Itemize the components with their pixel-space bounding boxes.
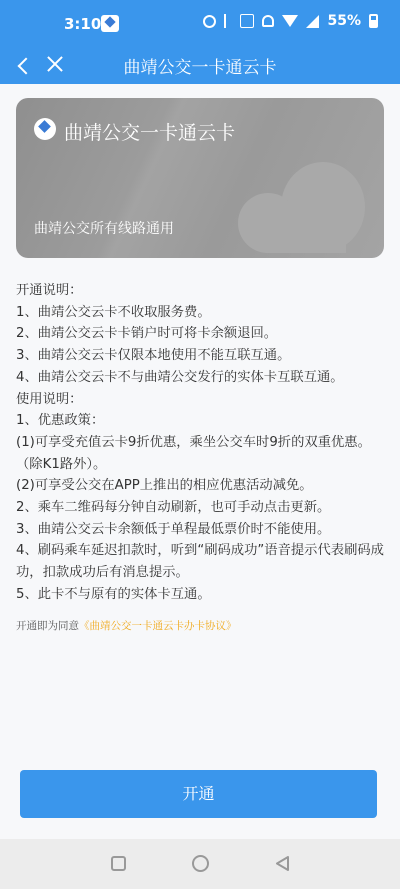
- open-button[interactable]: 开通: [20, 770, 377, 818]
- agreement-text: 开通即为同意《曲靖公交一卡通云卡办卡协议》: [16, 618, 237, 633]
- card-subtitle: 曲靖公交所有线路通用: [34, 218, 174, 238]
- use-item: 2、乘车二维码每分钟自动刷新，也可手动点击更新。: [16, 497, 388, 519]
- open-item: 2、曲靖公交云卡卡销户时可将卡余额退回。: [16, 323, 388, 345]
- status-icons: 55%: [203, 13, 378, 29]
- card-name: 曲靖公交一卡通云卡: [64, 118, 235, 145]
- use-item: 5、此卡不与原有的实体卡互通。: [16, 584, 388, 606]
- app-notification-icon: [101, 15, 119, 32]
- wifi-icon: [282, 15, 298, 27]
- agreement-prefix: 开通即为同意: [16, 620, 79, 632]
- open-item: 3、曲靖公交云卡仅限本地使用不能互联互通。: [16, 345, 388, 367]
- battery-icon: [369, 14, 378, 28]
- recent-apps-icon[interactable]: [111, 856, 126, 871]
- back-triangle-icon[interactable]: [275, 856, 290, 871]
- battery-percent: 55%: [327, 13, 361, 29]
- use-item: (2)可享受公交在APP上推出的相应优惠活动减免。: [16, 475, 388, 497]
- cloud-card: 曲靖公交一卡通云卡 曲靖公交所有线路通用: [16, 98, 384, 258]
- volte-icon: [240, 14, 254, 28]
- qujing-bus-logo-icon: [34, 118, 56, 140]
- status-time: 3:10: [64, 15, 101, 33]
- page-title: 曲靖公交一卡通云卡: [0, 53, 400, 78]
- open-item: 1、曲靖公交云卡不收取服务费。: [16, 302, 388, 324]
- use-item: 4、刷码乘车延迟扣款时，听到“刷码成功”语音提示代表刷码成功，扣款成功后有消息提…: [16, 540, 388, 583]
- cloud-decoration-part: [266, 213, 346, 253]
- open-heading: 开通说明：: [16, 280, 388, 302]
- agreement-link[interactable]: 《曲靖公交一卡通云卡办卡协议》: [79, 620, 237, 632]
- use-item: (1)可享受充值云卡9折优惠，乘坐公交车时9折的双重优惠。（除K1路外）。: [16, 432, 388, 475]
- top-nav-bar: 曲靖公交一卡通云卡: [0, 46, 400, 84]
- signal-4g-icon: [306, 15, 319, 28]
- use-item: 1、优惠政策：: [16, 410, 388, 432]
- system-nav-bar: [0, 839, 400, 889]
- status-bar: 3:10 55%: [0, 0, 400, 46]
- use-item: 3、曲靖公交云卡余额低于单程最低票价时不能使用。: [16, 519, 388, 541]
- mute-icon: [262, 15, 274, 27]
- alarm-icon: [203, 15, 216, 28]
- home-icon[interactable]: [192, 855, 209, 872]
- bluetooth-icon: [224, 14, 232, 28]
- open-item: 4、曲靖公交云卡不与曲靖公交发行的实体卡互联互通。: [16, 367, 388, 389]
- instructions: 开通说明： 1、曲靖公交云卡不收取服务费。 2、曲靖公交云卡卡销户时可将卡余额退…: [16, 280, 388, 606]
- use-heading: 使用说明：: [16, 389, 388, 411]
